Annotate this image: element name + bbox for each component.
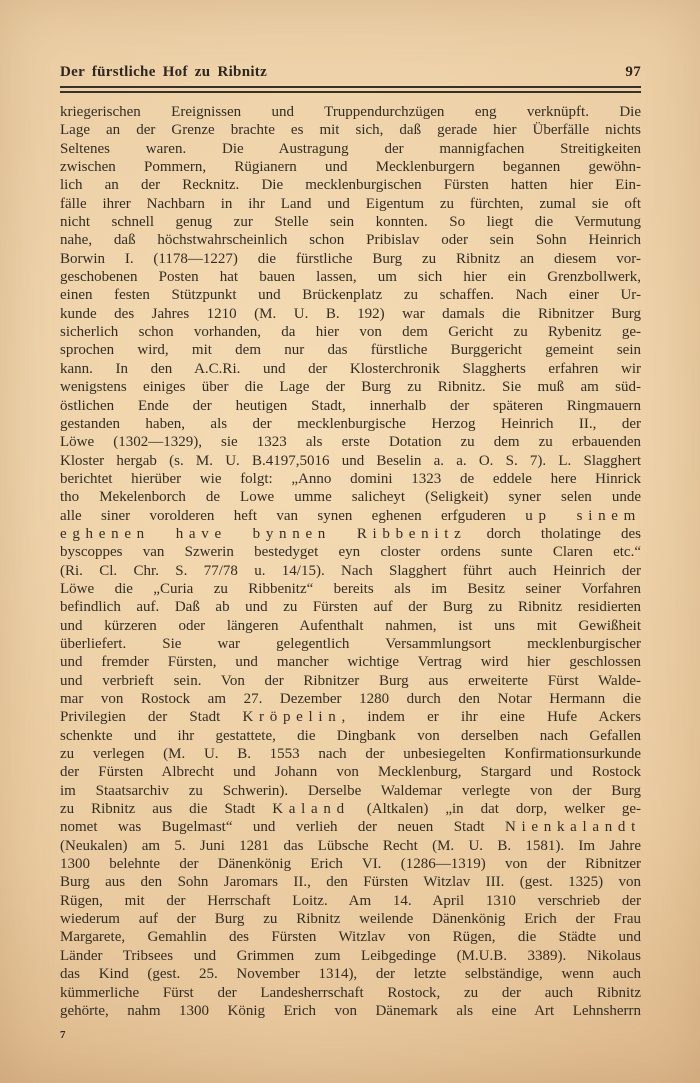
text-line: schenkte und ihr gestattete, die Dingban… bbox=[60, 727, 641, 745]
text-segment: befindlich auf. Daß ab und zu Fürsten au… bbox=[60, 599, 641, 615]
text-line: kann. In den A.C.Ri. und der Klosterchro… bbox=[60, 360, 641, 378]
text-segment: mar von Rostock am 27. Dezember 1280 dur… bbox=[60, 691, 641, 707]
text-segment: tho Mekelenborch de Lowe umme salicheyt … bbox=[60, 489, 641, 505]
text-line: gestanden haben, als der mecklenburgisch… bbox=[60, 415, 641, 433]
text-segment: Seltenes waren. Die Austragung der manni… bbox=[60, 141, 641, 157]
text-line: Rügen, mit der Herrschaft Loitz. Am 14. … bbox=[60, 892, 641, 910]
text-line: geschobenen Posten hat bauen lassen, um … bbox=[60, 268, 641, 286]
text-segment: Löwe die „Curia zu Ribbenitz“ bereits al… bbox=[60, 581, 641, 597]
letterspaced-text: Kaland bbox=[272, 801, 350, 817]
text-line: Löwe die „Curia zu Ribbenitz“ bereits al… bbox=[60, 580, 641, 598]
text-line: und kürzeren oder längeren Aufenthalt na… bbox=[60, 617, 641, 635]
text-line: und verbrieft sein. Von der Ribnitzer Bu… bbox=[60, 672, 641, 690]
text-segment: und verbrieft sein. Von der Ribnitzer Bu… bbox=[60, 673, 641, 689]
letterspaced-text: Kröpelin bbox=[243, 709, 342, 725]
text-segment: Privilegien der Stadt bbox=[60, 709, 243, 725]
text-line: im Staatsarchiv zu Schwerin). Derselbe W… bbox=[60, 782, 641, 800]
text-segment: nicht schnell genug zur Stelle sein konn… bbox=[60, 214, 641, 230]
text-segment: nomet was Bugelmast“ und verlieh der neu… bbox=[60, 819, 505, 835]
page-number: 97 bbox=[625, 64, 641, 81]
text-line: gehörte, nahm 1300 König Erich von Dänem… bbox=[60, 1002, 641, 1020]
text-line: fälle ihrer Nachbarn in ihr Land und Eig… bbox=[60, 195, 641, 213]
text-segment: (Ri. Cl. Chr. S. 77/78 u. 14/15). Nach S… bbox=[60, 563, 641, 579]
text-segment: kann. In den A.C.Ri. und der Klosterchro… bbox=[60, 361, 641, 377]
text-line: sicherlich schon vorhanden, da hier von … bbox=[60, 323, 641, 341]
text-segment: zwischen Pommern, Rügianern und Mecklenb… bbox=[60, 159, 641, 175]
text-segment: alle siner vorolderen heft van synen egh… bbox=[60, 508, 525, 524]
text-line: wiederum auf der Burg zu Ribnitz weilend… bbox=[60, 910, 641, 928]
text-segment: Rügen, mit der Herrschaft Loitz. Am 14. … bbox=[60, 893, 641, 909]
text-line: Länder Tribsees und Grimmen zum Leibgedi… bbox=[60, 947, 641, 965]
text-line: östlichen Ende der heutigen Stadt, inner… bbox=[60, 397, 641, 415]
text-segment: Margarete, Gemahlin des Fürsten Witzlav … bbox=[60, 929, 641, 945]
text-line: mar von Rostock am 27. Dezember 1280 dur… bbox=[60, 690, 641, 708]
text-segment: einen festen Stützpunkt und Brückenplatz… bbox=[60, 287, 641, 303]
text-line: Burg aus den Sohn Jaromars II., den Fürs… bbox=[60, 873, 641, 891]
text-segment: wiederum auf der Burg zu Ribnitz weilend… bbox=[60, 911, 641, 927]
text-segment: Kloster hergab (s. M. U. B.4197,5016 und… bbox=[60, 453, 641, 469]
text-line: eghenen have bynnen Ribbenitz dorch thol… bbox=[60, 525, 641, 543]
text-line: kriegerischen Ereignissen und Truppendur… bbox=[60, 103, 641, 121]
text-segment: wenigstens einiges über die Lage der Bur… bbox=[60, 379, 641, 395]
text-line: einen festen Stützpunkt und Brückenplatz… bbox=[60, 286, 641, 304]
text-line: Seltenes waren. Die Austragung der manni… bbox=[60, 140, 641, 158]
text-line: nahe, daß höchstwahrscheinlich schon Pri… bbox=[60, 231, 641, 249]
text-segment: das Kind (gest. 25. November 1314), der … bbox=[60, 966, 641, 982]
text-line: 1300 belehnte der Dänenkönig Erich VI. (… bbox=[60, 855, 641, 873]
text-segment: östlichen Ende der heutigen Stadt, inner… bbox=[60, 398, 641, 414]
text-segment: der Fürsten Albrecht und Johann von Meck… bbox=[60, 764, 641, 780]
text-segment: zu verlegen (M. U. B. 1553 nach der unbe… bbox=[60, 746, 641, 762]
text-line: sprochen wird, mit dem nur das fürstlich… bbox=[60, 341, 641, 359]
text-line: zu Ribnitz aus die Stadt Kaland (Altkale… bbox=[60, 800, 641, 818]
body-text: kriegerischen Ereignissen und Truppendur… bbox=[60, 103, 641, 1020]
text-line: nomet was Bugelmast“ und verlieh der neu… bbox=[60, 818, 641, 836]
text-line: kunde des Jahres 1210 (M. U. B. 192) war… bbox=[60, 305, 641, 323]
text-line: tho Mekelenborch de Lowe umme salicheyt … bbox=[60, 488, 641, 506]
text-segment: kunde des Jahres 1210 (M. U. B. 192) war… bbox=[60, 306, 641, 322]
text-line: (Ri. Cl. Chr. S. 77/78 u. 14/15). Nach S… bbox=[60, 562, 641, 580]
text-segment: geschobenen Posten hat bauen lassen, um … bbox=[60, 269, 641, 285]
text-line: Löwe (1302—1329), sie 1323 als erste Dot… bbox=[60, 433, 641, 451]
text-segment: kümmerliche Fürst der Landesherrschaft R… bbox=[60, 985, 641, 1001]
text-line: Lage an der Grenze brachte es mit sich, … bbox=[60, 121, 641, 139]
text-segment: zu Ribnitz aus die Stadt bbox=[60, 801, 272, 817]
text-line: Margarete, Gemahlin des Fürsten Witzlav … bbox=[60, 928, 641, 946]
text-segment: gestanden haben, als der mecklenburgisch… bbox=[60, 416, 641, 432]
text-line: nicht schnell genug zur Stelle sein konn… bbox=[60, 213, 641, 231]
text-line: befindlich auf. Daß ab und zu Fürsten au… bbox=[60, 598, 641, 616]
text-line: der Fürsten Albrecht und Johann von Meck… bbox=[60, 763, 641, 781]
text-segment: nahe, daß höchstwahrscheinlich schon Pri… bbox=[60, 232, 641, 248]
text-line: zu verlegen (M. U. B. 1553 nach der unbe… bbox=[60, 745, 641, 763]
text-segment: (Altkalen) „in dat dorp, welker ge- bbox=[350, 801, 641, 817]
letterspaced-text: eghenen have bynnen Ribbenitz bbox=[60, 526, 466, 542]
text-line: Borwin I. (1178—1227) die fürstliche Bur… bbox=[60, 250, 641, 268]
text-segment: 1300 belehnte der Dänenkönig Erich VI. (… bbox=[60, 856, 641, 872]
text-segment: Länder Tribsees und Grimmen zum Leibgedi… bbox=[60, 948, 641, 964]
text-line: kümmerliche Fürst der Landesherrschaft R… bbox=[60, 984, 641, 1002]
text-line: byscoppes van Szwerin bestedyget eyn clo… bbox=[60, 543, 641, 561]
text-segment: kriegerischen Ereignissen und Truppendur… bbox=[60, 104, 641, 120]
text-segment: Borwin I. (1178—1227) die fürstliche Bur… bbox=[60, 251, 641, 267]
text-segment: und kürzeren oder längeren Aufenthalt na… bbox=[60, 618, 641, 634]
text-segment: Löwe (1302—1329), sie 1323 als erste Dot… bbox=[60, 434, 641, 450]
running-head: Der fürstliche Hof zu Ribnitz 97 bbox=[60, 64, 641, 81]
text-segment: Burg aus den Sohn Jaromars II., den Fürs… bbox=[60, 874, 641, 890]
text-line: Kloster hergab (s. M. U. B.4197,5016 und… bbox=[60, 452, 641, 470]
text-segment: fälle ihrer Nachbarn in ihr Land und Eig… bbox=[60, 196, 641, 212]
text-line: lich an der Recknitz. Die mecklenburgisc… bbox=[60, 176, 641, 194]
text-segment: , indem er ihr eine Hufe Ackers bbox=[341, 709, 641, 725]
letterspaced-text: up sinem bbox=[525, 508, 641, 524]
text-line: Privilegien der Stadt Kröpelin, indem er… bbox=[60, 708, 641, 726]
text-segment: überliefert. Sie war gelegentlich Versam… bbox=[60, 636, 641, 652]
text-segment: byscoppes van Szwerin bestedyget eyn clo… bbox=[60, 544, 641, 560]
text-segment: sicherlich schon vorhanden, da hier von … bbox=[60, 324, 641, 340]
header-double-rule bbox=[60, 86, 641, 93]
text-segment: lich an der Recknitz. Die mecklenburgisc… bbox=[60, 177, 641, 193]
text-segment: im Staatsarchiv zu Schwerin). Derselbe W… bbox=[60, 783, 641, 799]
text-segment: und fremder Fürsten, und mancher wichtig… bbox=[60, 654, 641, 670]
text-line: alle siner vorolderen heft van synen egh… bbox=[60, 507, 641, 525]
text-segment: gehörte, nahm 1300 König Erich von Dänem… bbox=[60, 1003, 641, 1019]
text-segment: Lage an der Grenze brachte es mit sich, … bbox=[60, 122, 641, 138]
text-line: überliefert. Sie war gelegentlich Versam… bbox=[60, 635, 641, 653]
text-line: das Kind (gest. 25. November 1314), der … bbox=[60, 965, 641, 983]
text-line: zwischen Pommern, Rügianern und Mecklenb… bbox=[60, 158, 641, 176]
signature-mark: 7 bbox=[60, 1029, 66, 1041]
running-head-title: Der fürstliche Hof zu Ribnitz bbox=[60, 64, 267, 81]
text-segment: schenkte und ihr gestattete, die Dingban… bbox=[60, 728, 641, 744]
text-line: und fremder Fürsten, und mancher wichtig… bbox=[60, 653, 641, 671]
text-line: wenigstens einiges über die Lage der Bur… bbox=[60, 378, 641, 396]
text-segment: dorch tholatinge des bbox=[466, 526, 641, 542]
text-line: berichtet hierüber wie folgt: „Anno domi… bbox=[60, 470, 641, 488]
book-page: Der fürstliche Hof zu Ribnitz 97 krieger… bbox=[0, 0, 700, 1083]
letterspaced-text: Nienkalandt bbox=[505, 819, 641, 835]
text-segment: sprochen wird, mit dem nur das fürstlich… bbox=[60, 342, 641, 358]
text-line: (Neukalen) am 5. Juni 1281 das Lübsche R… bbox=[60, 837, 641, 855]
text-segment: (Neukalen) am 5. Juni 1281 das Lübsche R… bbox=[60, 838, 641, 854]
text-segment: berichtet hierüber wie folgt: „Anno domi… bbox=[60, 471, 641, 487]
